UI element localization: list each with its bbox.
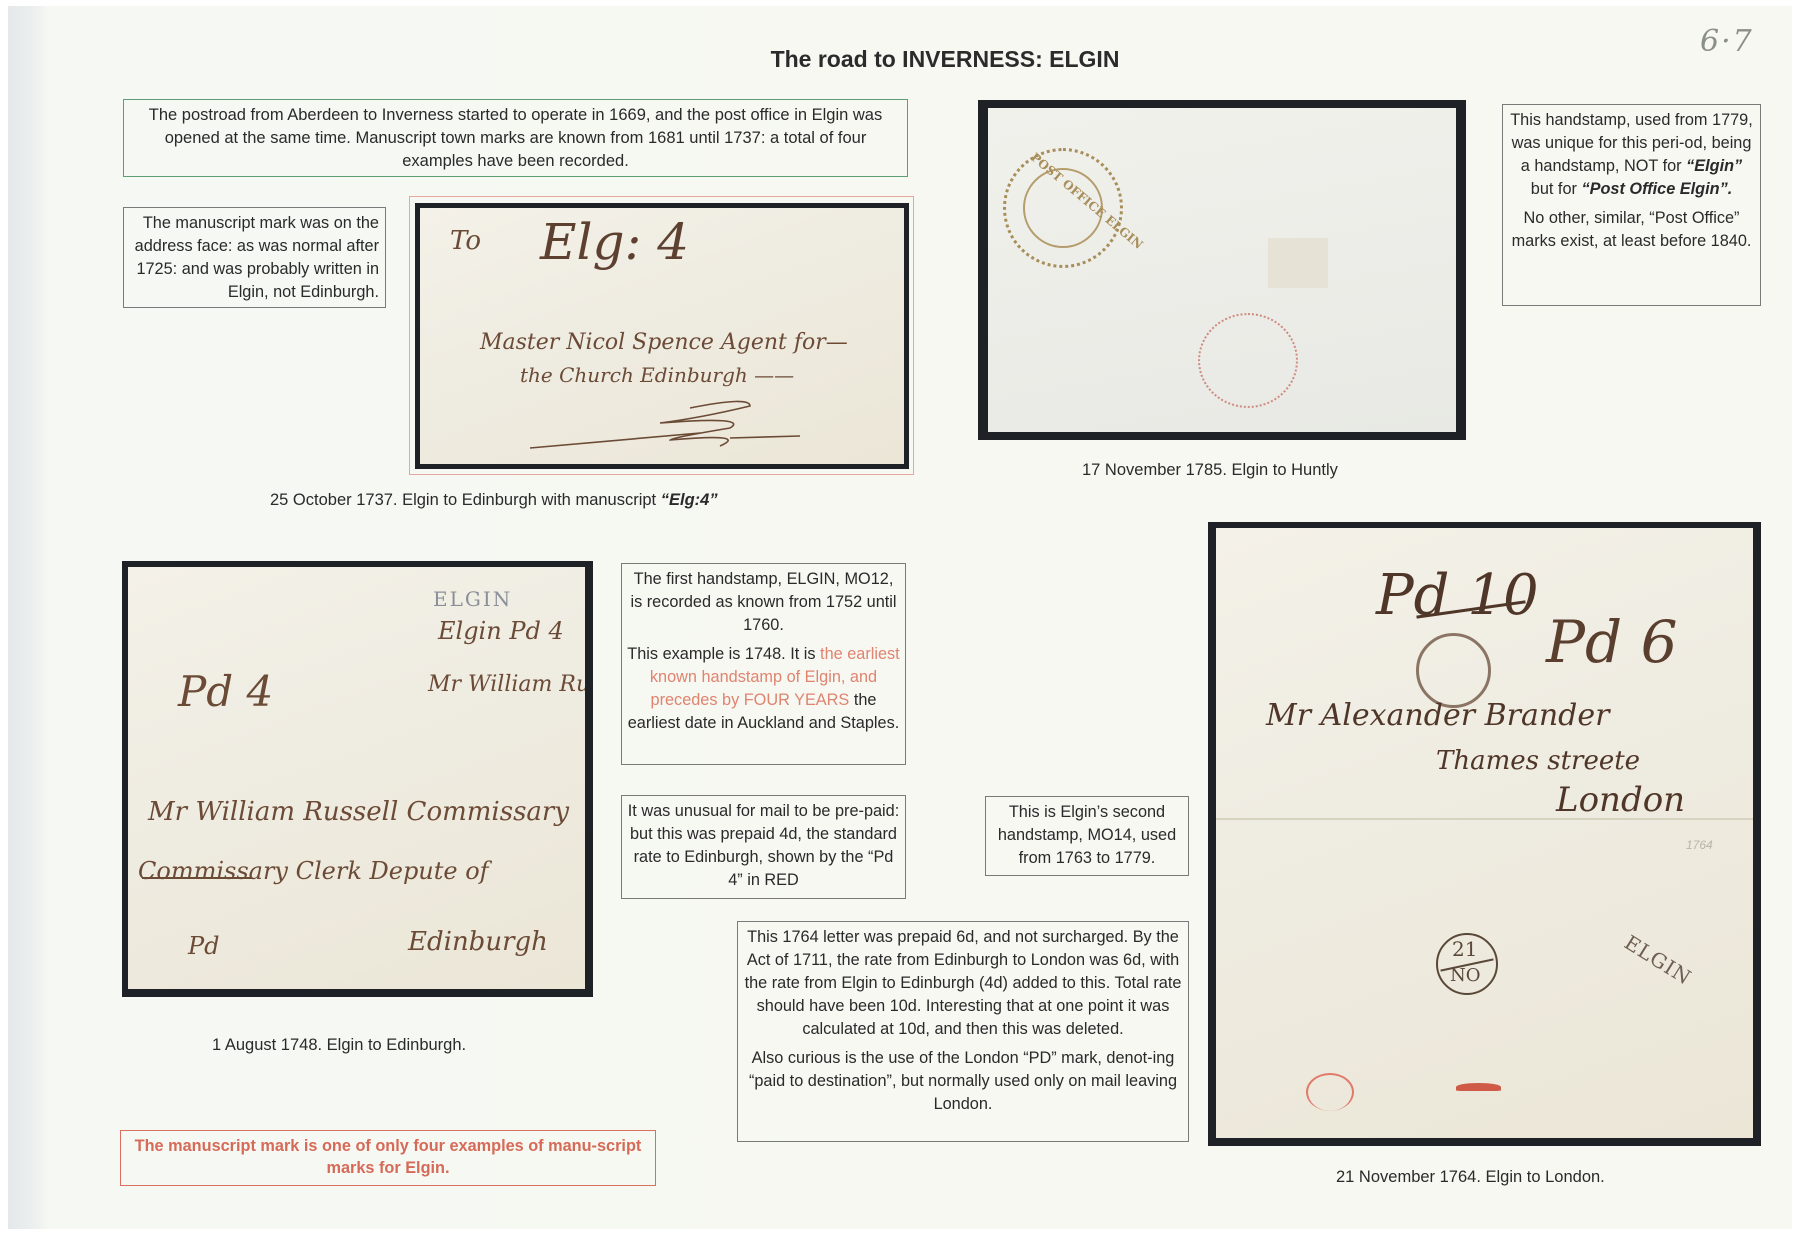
intro-text-box: The postroad from Aberdeen to Inverness … bbox=[123, 99, 908, 177]
red-london-mark bbox=[1306, 1073, 1354, 1111]
letter-1764-caption: 21 November 1764. Elgin to London. bbox=[1336, 1168, 1605, 1187]
address-line-1: Mr Alexander Brander bbox=[1266, 698, 1609, 733]
letter-1748-cover: ELGIN Pd 4 Elgin Pd 4 Mr William Ru Mr W… bbox=[122, 561, 593, 997]
second-handstamp-note-box: This is Elgin’s second handstamp, MO14, … bbox=[985, 796, 1189, 876]
elgin-handstamp-mo12: ELGIN bbox=[433, 587, 512, 611]
strikethrough bbox=[142, 877, 252, 879]
address-line-3: Edinburgh bbox=[408, 927, 548, 957]
ms-pd10-deleted: Pd 10 bbox=[1376, 563, 1539, 628]
manuscript-highlight-text: The manuscript mark is one of only four … bbox=[129, 1135, 647, 1179]
address-line-1: Master Nicol Spence Agent for— bbox=[480, 330, 848, 355]
letter-1785-caption: 17 November 1785. Elgin to Huntly bbox=[1082, 461, 1338, 480]
prepaid-note-text: It was unusual for mail to be pre-paid: … bbox=[626, 800, 901, 892]
wax-seal-remnant bbox=[1268, 238, 1328, 288]
bishop-mark-21-no: 21 NO bbox=[1436, 933, 1498, 995]
fold-line bbox=[1216, 818, 1753, 820]
prepaid-note-box: It was unusual for mail to be pre-paid: … bbox=[621, 795, 906, 899]
ms-top-line-2: Mr William Ru bbox=[428, 672, 590, 697]
letter-1764-note-p1: This 1764 letter was prepaid 6d, and not… bbox=[744, 926, 1182, 1041]
red-wax-seal-trace bbox=[1198, 313, 1298, 408]
ms-town-mark-elg4: Elg: 4 bbox=[540, 213, 689, 271]
london-pd-mark bbox=[1416, 633, 1491, 708]
pencil-year: 1764 bbox=[1686, 838, 1713, 852]
ms-pd4: Pd 4 bbox=[178, 667, 273, 716]
manuscript-highlight-box: The manuscript mark is one of only four … bbox=[120, 1130, 656, 1186]
letter-1764-note-p2: Also curious is the use of the London “P… bbox=[744, 1047, 1182, 1116]
ms-flourish bbox=[520, 388, 820, 458]
manuscript-note-box: The manuscript mark was on the address f… bbox=[123, 207, 386, 308]
letter-1737-cover: To Elg: 4 Master Nicol Spence Agent for—… bbox=[415, 203, 909, 469]
page-number: 6·7 bbox=[1700, 24, 1754, 59]
ms-pd6: Pd 6 bbox=[1546, 608, 1678, 676]
letter-1748-caption: 1 August 1748. Elgin to Edinburgh. bbox=[212, 1036, 466, 1055]
address-line-2: Thames streete bbox=[1436, 746, 1640, 776]
address-line-3: London bbox=[1556, 780, 1685, 820]
post-office-note-p2: No other, similar, “Post Office” marks e… bbox=[1508, 207, 1755, 253]
address-line-2: the Church Edinburgh —— bbox=[520, 363, 794, 387]
post-office-note-box: This handstamp, used from 1779, was uniq… bbox=[1502, 104, 1761, 306]
manuscript-note-text: The manuscript mark was on the address f… bbox=[128, 212, 379, 304]
ms-pd-small: Pd bbox=[188, 932, 220, 960]
first-handstamp-note-box: The first handstamp, ELGIN, MO12, is rec… bbox=[621, 563, 906, 765]
letter-1785-cover: POST OFFICE ELGIN bbox=[978, 100, 1466, 440]
page-title: The road to INVERNESS: ELGIN bbox=[0, 46, 1800, 73]
address-line-2: Commissary Clerk Depute of bbox=[138, 857, 489, 885]
intro-text: The postroad from Aberdeen to Inverness … bbox=[134, 104, 897, 173]
second-handstamp-text: This is Elgin’s second handstamp, MO14, … bbox=[990, 801, 1184, 870]
ms-to: To bbox=[450, 226, 481, 256]
letter-1764-cover: Pd 10 Pd 6 Mr Alexander Brander Thames s… bbox=[1208, 522, 1761, 1146]
letter-1764-note-box: This 1764 letter was prepaid 6d, and not… bbox=[737, 921, 1189, 1142]
ms-top-line-1: Elgin Pd 4 bbox=[438, 617, 564, 645]
address-line-1: Mr William Russell Commissary bbox=[148, 797, 569, 827]
first-handstamp-p1: The first handstamp, ELGIN, MO12, is rec… bbox=[626, 568, 901, 637]
elgin-handstamp-mo14: ELGIN bbox=[1620, 930, 1696, 990]
red-wax-seal bbox=[1456, 1083, 1501, 1091]
letter-1737-caption: 25 October 1737. Elgin to Edinburgh with… bbox=[270, 491, 718, 510]
